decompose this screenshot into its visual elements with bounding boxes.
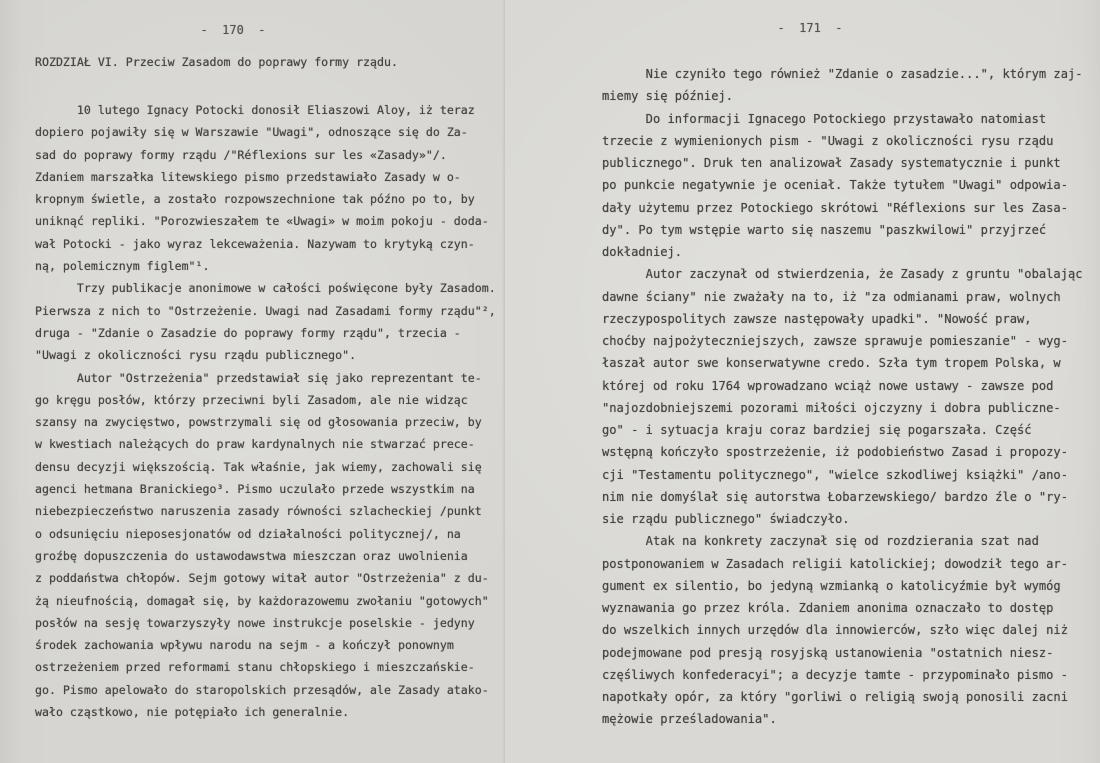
book-spread-scan: - 170 - ROZDZIAŁ VI. Przeciw Zasadom do …: [0, 0, 1100, 763]
page-171: - 171 - Nie czyniło tego również "Zdanie…: [505, 0, 1100, 763]
page-170: - 170 - ROZDZIAŁ VI. Przeciw Zasadom do …: [0, 0, 505, 763]
page-number-171: - 171 -: [610, 21, 1010, 35]
chapter-heading: ROZDZIAŁ VI. Przeciw Zasadom do poprawy …: [35, 55, 398, 69]
page-number-170: - 170 -: [0, 23, 466, 37]
page-170-body-text: 10 lutego Ignacy Potocki donosił Eliaszo…: [35, 99, 496, 723]
page-171-body-text: Nie czyniło tego również "Zdanie o zasad…: [602, 63, 1083, 731]
